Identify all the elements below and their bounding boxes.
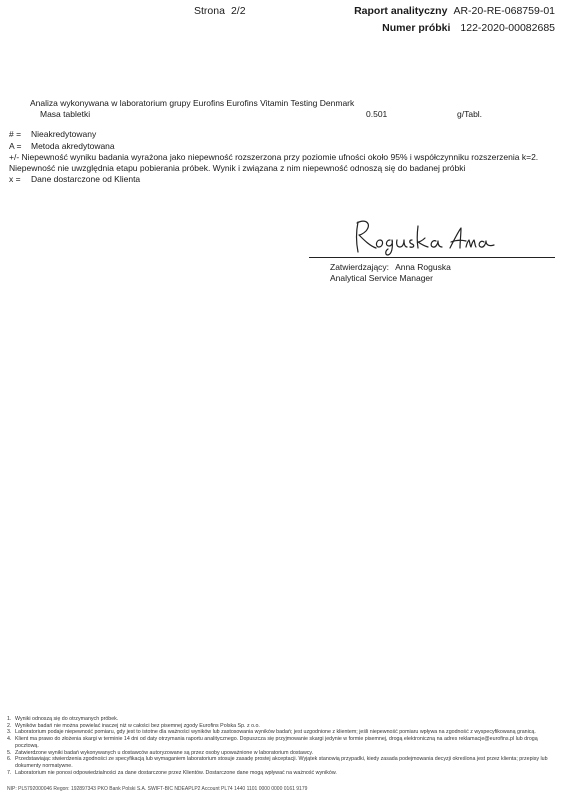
parameter-unit: g/Tabl. xyxy=(457,109,482,119)
footnote: 2.Wyników badań nie można powielać inacz… xyxy=(7,723,557,730)
approver-label: Zatwierdzający: xyxy=(330,262,389,272)
footnote: 6.Przedstawiając stwierdzenia zgodności … xyxy=(7,756,557,769)
footnote: 7.Laboratorium nie ponosi odpowiedzialno… xyxy=(7,770,557,777)
footnote-number: 3. xyxy=(7,729,15,736)
footnote-text: Laboratorium nie ponosi odpowiedzialnośc… xyxy=(15,770,557,777)
page-number: 2/2 xyxy=(231,5,246,17)
legend-text: Niepewność nie uwzględnia etapu pobieran… xyxy=(9,163,465,173)
parameter-value: 0.501 xyxy=(366,109,387,119)
sample-number-row: Numer próbki122-2020-00082685 xyxy=(382,22,555,34)
handwritten-signature xyxy=(352,214,502,261)
footnote: 3.Laboratorium podaje niepewność pomiaru… xyxy=(7,729,557,736)
footnote-text: Wyników badań nie można powielać inaczej… xyxy=(15,723,557,730)
approver-role: Analytical Service Manager xyxy=(330,273,433,283)
footnote-text: Klient ma prawo do złożenia skargi w ter… xyxy=(15,736,557,749)
legend-text: +/- Niepewność wyniku badania wyrażona j… xyxy=(9,152,538,162)
approver-name: Anna Roguska xyxy=(395,262,451,272)
sample-number: 122-2020-00082685 xyxy=(460,22,555,34)
footnote-text: Laboratorium podaje niepewność pomiaru, … xyxy=(15,729,557,736)
laboratory-line: Analiza wykonywana w laboratorium grupy … xyxy=(30,98,354,108)
legend-item-accredited: A =Metoda akredytowana xyxy=(9,141,115,151)
legend-text: Nieakredytowany xyxy=(31,129,96,139)
footnote-number: 5. xyxy=(7,750,15,757)
footnote-text: Przedstawiając stwierdzenia zgodności ze… xyxy=(15,756,557,769)
legend-item-uncertainty: +/- Niepewność wyniku badania wyrażona j… xyxy=(9,152,538,162)
signature-image xyxy=(352,214,502,256)
report-number-row: Raport analitycznyAR-20-RE-068759-01 xyxy=(354,5,555,17)
footnote-text: Wyniki odnoszą się do otrzymanych próbek… xyxy=(15,716,557,723)
footnote-number: 7. xyxy=(7,770,15,777)
footnote-text: Zatwierdzone wyniki badań wykonywanych u… xyxy=(15,750,557,757)
legend-item-nonaccredited: # =Nieakredytowany xyxy=(9,129,96,139)
footnotes: 1.Wyniki odnoszą się do otrzymanych prób… xyxy=(7,716,557,776)
footer-bank-details: NIP: PL5792000046 Regon: 192897343 PKO B… xyxy=(7,786,307,792)
signature-line xyxy=(309,257,555,258)
legend-item-client-data: x =Dane dostarczone od Klienta xyxy=(9,174,140,184)
report-number: AR-20-RE-068759-01 xyxy=(453,5,555,17)
footnote: 4.Klient ma prawo do złożenia skargi w t… xyxy=(7,736,557,749)
footnote: 1.Wyniki odnoszą się do otrzymanych prób… xyxy=(7,716,557,723)
legend-symbol: # = xyxy=(9,129,31,139)
approver: Zatwierdzający:Anna Roguska xyxy=(330,262,451,272)
legend-symbol: A = xyxy=(9,141,31,151)
legend-text: Dane dostarczone od Klienta xyxy=(31,174,140,184)
legend-text: Metoda akredytowana xyxy=(31,141,115,151)
parameter-name: Masa tabletki xyxy=(40,109,90,119)
footnote: 5.Zatwierdzone wyniki badań wykonywanych… xyxy=(7,750,557,757)
page-indicator: Strona2/2 xyxy=(194,5,246,17)
footnote-number: 2. xyxy=(7,723,15,730)
page-label: Strona xyxy=(194,5,225,17)
legend-item-uncertainty-note: Niepewność nie uwzględnia etapu pobieran… xyxy=(9,163,465,173)
footnote-number: 1. xyxy=(7,716,15,723)
report-label: Raport analityczny xyxy=(354,5,447,17)
legend-symbol: x = xyxy=(9,174,31,184)
footnote-number: 6. xyxy=(7,756,15,769)
sample-label: Numer próbki xyxy=(382,22,450,34)
footnote-number: 4. xyxy=(7,736,15,749)
